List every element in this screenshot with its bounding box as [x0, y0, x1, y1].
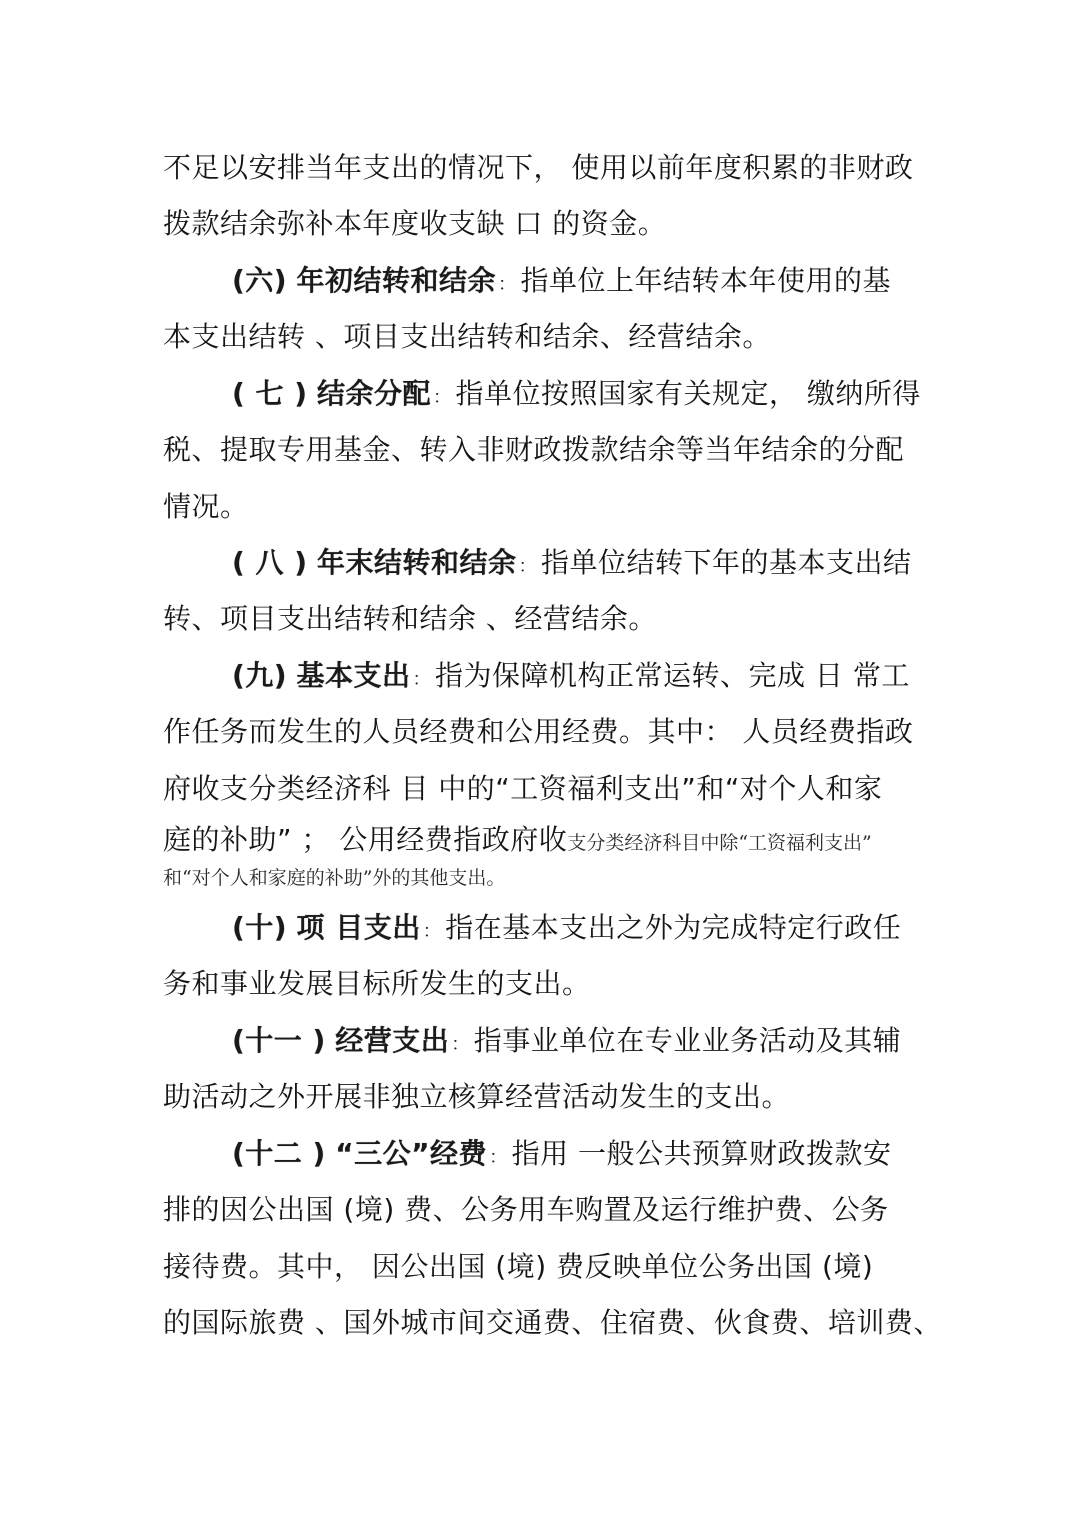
section-number: (六) — [232, 264, 287, 297]
colon: ： — [498, 274, 517, 295]
paragraph-line: 转、项目支出结转和结余 、经营结余。 — [163, 602, 923, 636]
section-definition: 指单位按照国家有关规定， 缴纳所得 — [456, 377, 921, 410]
colon: ： — [423, 921, 442, 942]
section-number: ( 七 ) — [232, 377, 308, 410]
section-term: 年末结转和结余 — [317, 546, 517, 579]
paragraph-line: 务和事业发展目标所发生的支出。 — [163, 967, 923, 1001]
colon: ： — [489, 1147, 508, 1168]
section-heading-line: (六) 年初结转和结余：指单位上年结转本年使用的基 — [232, 264, 992, 298]
section-number: ( 八 ) — [232, 546, 308, 579]
colon: ： — [413, 669, 432, 690]
paragraph-line: 本支出结转 、项目支出结转和结余、经营结余。 — [163, 320, 923, 354]
colon: ： — [433, 387, 452, 408]
paragraph-line: 情况。 — [163, 490, 923, 524]
section-heading-line: ( 八 ) 年末结转和结余：指单位结转下年的基本支出结 — [232, 546, 992, 580]
section-definition: 指单位上年结转本年使用的基 — [521, 264, 892, 297]
section-number: (十二 ) — [232, 1137, 326, 1170]
section-heading-line: (十一 ) 经营支出：指事业单位在专业业务活动及其辅 — [232, 1024, 992, 1058]
section-definition: 指事业单位在专业业务活动及其辅 — [474, 1024, 902, 1057]
paragraph-line: 作任务而发生的人员经费和公用经费。其中： 人员经费指政 — [163, 715, 923, 749]
paragraph-line: 接待费。其中， 因公出国 (境) 费反映单位公务出国 (境) — [163, 1250, 923, 1284]
section-term: 经营支出 — [335, 1024, 449, 1057]
paragraph-line: 的国际旅费 、国外城市间交通费、住宿费、伙食费、培训费、 — [163, 1306, 923, 1340]
section-definition: 指在基本支出之外为完成特定行政任 — [445, 911, 901, 944]
section-heading-line: (十二 ) “三公”经费：指用 一般公共预算财政拨款安 — [232, 1137, 992, 1171]
section-term: 年初结转和结余 — [297, 264, 497, 297]
paragraph-line-small: 和“对个人和家庭的补助”外的其他支出。 — [163, 866, 505, 890]
section-definition: 指用 一般公共预算财政拨款安 — [512, 1137, 892, 1170]
colon: ： — [519, 556, 538, 577]
mixed-small-text: 支分类经济科目中除“工资福利支出” — [567, 832, 871, 854]
paragraph-line: 税、提取专用基金、转入非财政拨款结余等当年结余的分配 — [163, 433, 923, 467]
section-heading-line: ( 七 ) 结余分配：指单位按照国家有关规定， 缴纳所得 — [232, 377, 992, 411]
paragraph-line: 助活动之外开展非独立核算经营活动发生的支出。 — [163, 1080, 923, 1114]
section-number: (九) — [232, 659, 287, 692]
section-heading-line: (九) 基本支出：指为保障机构正常运转、完成 日 常工 — [232, 659, 992, 693]
document-page: 不足以安排当年支出的情况下， 使用以前年度积累的非财政 拨款结余弥补本年度收支缺… — [0, 0, 1074, 1520]
section-term: 结余分配 — [317, 377, 431, 410]
colon: ： — [451, 1034, 470, 1055]
section-number: (十一 ) — [232, 1024, 326, 1057]
section-term: “三公”经费 — [335, 1137, 487, 1170]
paragraph-line: 府收支分类经济科 目 中的“工资福利支出”和“对个人和家 — [163, 772, 923, 806]
section-number: (十) — [232, 911, 287, 944]
section-definition: 指单位结转下年的基本支出结 — [541, 546, 912, 579]
paragraph-line: 不足以安排当年支出的情况下， 使用以前年度积累的非财政 — [163, 151, 923, 185]
paragraph-line-mixed: 庭的补助” ； 公用经费指政府收支分类经济科目中除“工资福利支出” — [163, 823, 923, 857]
section-definition: 指为保障机构正常运转、完成 日 常工 — [435, 659, 910, 692]
mixed-large-text: 庭的补助” ； 公用经费指政府收 — [163, 823, 567, 856]
section-term: 项 目支出 — [297, 911, 421, 944]
section-term: 基本支出 — [297, 659, 411, 692]
section-heading-line: (十) 项 目支出：指在基本支出之外为完成特定行政任 — [232, 911, 992, 945]
paragraph-line: 拨款结余弥补本年度收支缺 口 的资金。 — [163, 207, 923, 241]
paragraph-line: 排的因公出国 (境) 费、公务用车购置及运行维护费、公务 — [163, 1193, 923, 1227]
